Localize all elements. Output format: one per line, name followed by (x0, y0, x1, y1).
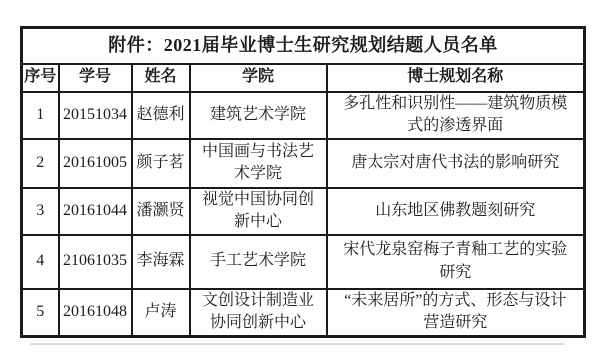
scan-shadow-line (30, 343, 565, 345)
cell-index: 2 (22, 139, 59, 188)
cell-plan-title: 多孔性和识别性——建筑物质模式的渗透界面 (327, 92, 585, 139)
table-header-row: 序号 学号 姓名 学院 博士规划名称 (22, 64, 585, 92)
table-row: 5 20161048 卢涛 文创设计制造业协同创新中心 “未来居所”的方式、形态… (22, 289, 585, 337)
col-header-student-id: 学号 (59, 64, 132, 92)
cell-college: 中国画与书法艺术学院 (190, 139, 327, 188)
table-row: 4 21061035 李海霖 手工艺术学院 宋代龙泉窑梅子青釉工艺的实验研究 (22, 235, 585, 289)
col-header-index: 序号 (22, 64, 59, 92)
cell-student-id: 20151034 (59, 92, 132, 139)
cell-name: 潘灏贤 (132, 188, 190, 235)
cell-index: 3 (22, 188, 59, 235)
cell-name: 赵德利 (132, 92, 190, 139)
table-row: 1 20151034 赵德利 建筑艺术学院 多孔性和识别性——建筑物质模式的渗透… (22, 92, 585, 139)
cell-college: 建筑艺术学院 (190, 92, 327, 139)
cell-college: 手工艺术学院 (190, 235, 327, 289)
cell-index: 1 (22, 92, 59, 139)
cell-index: 5 (22, 289, 59, 337)
cell-name: 卢涛 (132, 289, 190, 337)
table-row: 3 20161044 潘灏贤 视觉中国协同创新中心 山东地区佛教题刻研究 (22, 188, 585, 235)
cell-college: 视觉中国协同创新中心 (190, 188, 327, 235)
table-row: 2 20161005 颜子茗 中国画与书法艺术学院 唐太宗对唐代书法的影响研究 (22, 139, 585, 188)
cell-college: 文创设计制造业协同创新中心 (190, 289, 327, 337)
table-title: 附件：2021届毕业博士生研究规划结题人员名单 (22, 28, 585, 64)
cell-plan-title: 唐太宗对唐代书法的影响研究 (327, 139, 585, 188)
cell-student-id: 20161044 (59, 188, 132, 235)
cell-plan-title: “未来居所”的方式、形态与设计营造研究 (327, 289, 585, 337)
cell-index: 4 (22, 235, 59, 289)
cell-name: 李海霖 (132, 235, 190, 289)
cell-name: 颜子茗 (132, 139, 190, 188)
roster-table: 附件：2021届毕业博士生研究规划结题人员名单 序号 学号 姓名 学院 博士规划… (20, 26, 586, 338)
table-title-row: 附件：2021届毕业博士生研究规划结题人员名单 (22, 28, 585, 64)
document-page: 附件：2021届毕业博士生研究规划结题人员名单 序号 学号 姓名 学院 博士规划… (0, 0, 600, 361)
cell-student-id: 20161048 (59, 289, 132, 337)
col-header-plan-title: 博士规划名称 (327, 64, 585, 92)
cell-plan-title: 山东地区佛教题刻研究 (327, 188, 585, 235)
cell-plan-title: 宋代龙泉窑梅子青釉工艺的实验研究 (327, 235, 585, 289)
col-header-name: 姓名 (132, 64, 190, 92)
cell-student-id: 20161005 (59, 139, 132, 188)
cell-student-id: 21061035 (59, 235, 132, 289)
col-header-college: 学院 (190, 64, 327, 92)
